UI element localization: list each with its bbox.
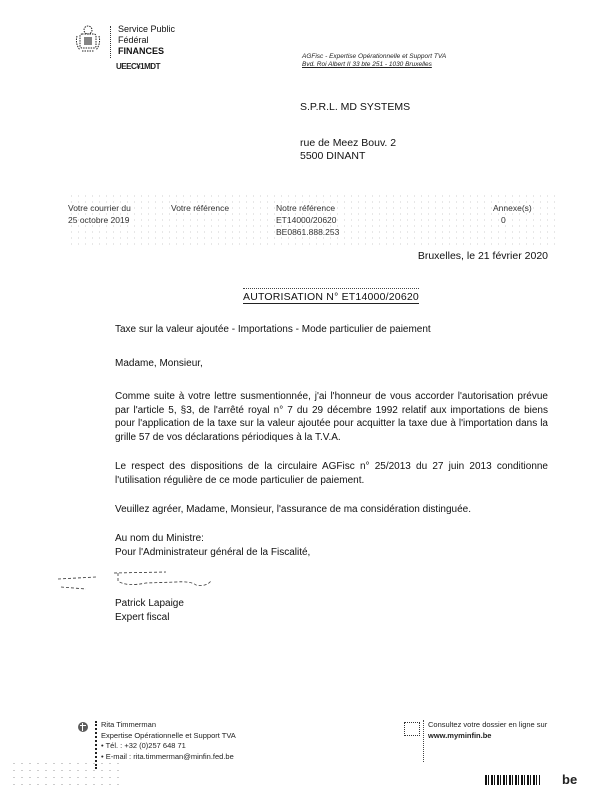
subject-line: Taxe sur la valeur ajoutée - Importation…	[115, 324, 431, 335]
consult-text: Consultez votre dossier en ligne sur	[428, 720, 547, 731]
letter-date: Bruxelles, le 21 février 2020	[418, 250, 548, 262]
footer-online-info: Consultez votre dossier en ligne sur www…	[428, 720, 547, 741]
closing-line-2: Pour l'Administrateur général de la Fisc…	[115, 546, 310, 560]
ref-our-reference: Notre référence ET14000/20620 BE0861.888…	[276, 203, 339, 237]
organization-name: Service Public Fédéral FINANCES	[118, 24, 175, 57]
closing-block: Au nom du Ministre: Pour l'Administrateu…	[115, 532, 310, 560]
footer-contact: Rita Timmerman Expertise Opérationnelle …	[101, 720, 236, 762]
recipient-city: 5500 DINANT	[300, 150, 365, 162]
ref-attachments: Annexe(s) 0	[493, 203, 532, 225]
signer-block: Patrick Lapaige Expert fiscal	[115, 597, 184, 625]
logo-code: UEEC¥1MDT	[116, 62, 160, 71]
contact-email[interactable]: • E-mail : rita.timmerman@minfin.fed.be	[101, 752, 236, 763]
be-logo: be	[562, 772, 577, 787]
org-line-3: FINANCES	[118, 46, 175, 57]
myminfin-link[interactable]: www.myminfin.be	[428, 731, 547, 742]
contact-phone: • Tél. : +32 (0)257 648 71	[101, 741, 236, 752]
handwritten-signature	[56, 567, 216, 591]
barcode	[485, 775, 540, 785]
contact-department: Expertise Opérationnelle et Support TVA	[101, 731, 236, 742]
sender-line-2: Bvd. Roi Albert II 33 bte 251 - 1030 Bru…	[302, 61, 446, 69]
closing-line-1: Au nom du Ministre:	[115, 532, 310, 546]
recipient-company: S.P.R.L. MD SYSTEMS	[300, 101, 410, 113]
recipient-street: rue de Meez Bouv. 2	[300, 137, 410, 150]
signer-name: Patrick Lapaige	[115, 597, 184, 611]
sender-line-1: AGFisc - Expertise Opérationnelle et Sup…	[302, 53, 446, 61]
ref-your-reference: Votre référence	[171, 203, 229, 215]
sender-address: AGFisc - Expertise Opérationnelle et Sup…	[302, 53, 446, 69]
signer-title: Expert fiscal	[115, 611, 184, 625]
paragraph-1: Comme suite à votre lettre susmentionnée…	[115, 390, 548, 444]
belgian-crest-icon	[74, 24, 102, 56]
contact-name: Rita Timmerman	[101, 720, 236, 731]
ref-your-letter: Votre courrier du 25 octobre 2019	[68, 203, 131, 225]
computer-icon	[404, 722, 420, 736]
recipient-address: S.P.R.L. MD SYSTEMS rue de Meez Bouv. 2 …	[300, 101, 410, 163]
org-line-2: Fédéral	[118, 35, 175, 46]
footer-right-divider	[423, 720, 424, 762]
paragraph-2: Le respect des dispositions de la circul…	[115, 460, 548, 487]
org-line-1: Service Public	[118, 24, 175, 35]
salutation: Madame, Monsieur,	[115, 358, 203, 369]
header-divider	[110, 26, 113, 58]
paragraph-3: Veuillez agréer, Madame, Monsieur, l'ass…	[115, 503, 548, 517]
reference-block: Votre courrier du 25 octobre 2019 Votre …	[68, 203, 558, 243]
authorization-title: AUTORISATION N° ET14000/20620	[243, 288, 419, 304]
contact-logo-icon	[75, 720, 91, 734]
scan-noise-bottom	[10, 760, 120, 790]
